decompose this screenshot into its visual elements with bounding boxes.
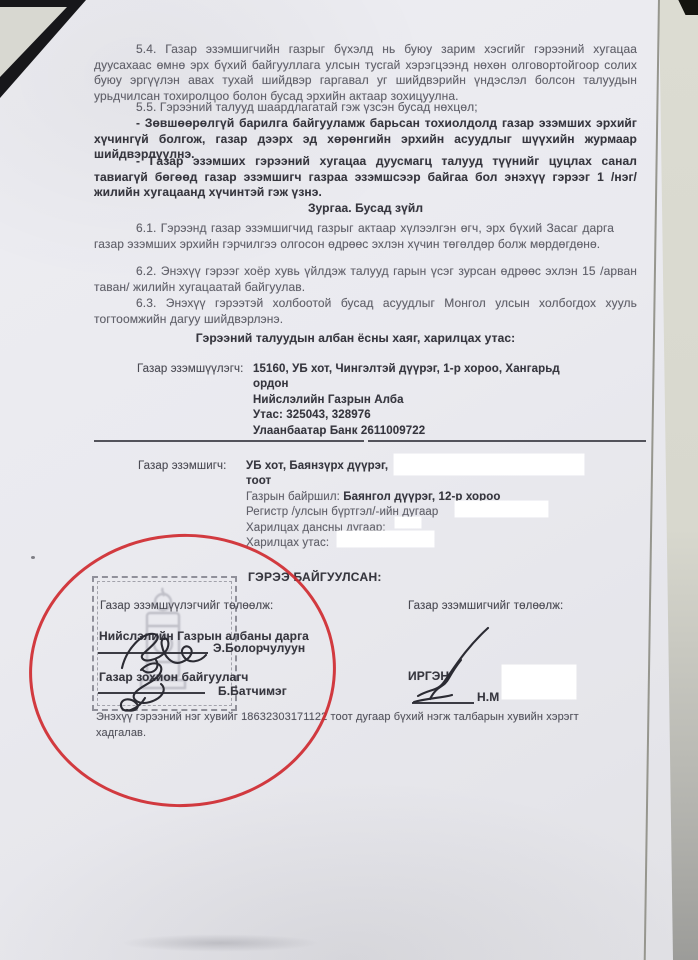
lessor-rep-name-2: Б.Батчимэг	[218, 684, 287, 700]
redaction-box	[337, 531, 434, 547]
land-location-label: Газрын байршил:	[246, 491, 340, 503]
clause-5-5: 5.5. Гэрээний талууд шаардлагатай гэж үз…	[94, 100, 637, 116]
lessor-rep-title: Газар эзэмшүүлэгчийг төлөөлж:	[100, 599, 273, 614]
lessee-label: Газар эзэмшигч:	[138, 459, 226, 474]
lessee-rep-title: Газар эзэмшигчийг төлөөлж:	[408, 599, 563, 614]
clause-6-1: 6.1. Гэрээнд газар эзэмшигчид газрыг акт…	[94, 221, 614, 252]
clause-6-2: 6.2. Энэхүү гэрээг хоёр хувь үйлдэж талу…	[94, 264, 637, 295]
lessee-address-line: тоот	[246, 474, 591, 489]
scan-smudge	[120, 934, 320, 952]
lessor-address-line: 15160, УБ хот, Чингэлтэй дүүрэг, 1-р хор…	[253, 362, 613, 377]
lessor-rep-name-1: Э.Болорчулуун	[213, 641, 305, 657]
footer-archive-note: Энэхүү гэрээний нэг хувийг 1863230317112…	[96, 710, 608, 741]
signing-heading: ГЭРЭЭ БАЙГУУЛСАН:	[248, 570, 382, 586]
redaction-box	[395, 517, 421, 528]
lessor-address: 15160, УБ хот, Чингэлтэй дүүрэг, 1-р хор…	[253, 362, 613, 439]
section-6-heading: Зургаа. Бусад зүйл	[94, 201, 637, 217]
clause-5-4: 5.4. Газар эзэмшигчийн газрыг бүхэлд нь …	[94, 42, 637, 104]
lessor-address-line: Утас: 325043, 328976	[253, 408, 613, 423]
lessor-address-line: ордон	[253, 377, 613, 392]
signature-citizen-icon	[410, 624, 498, 704]
redaction-box	[394, 454, 584, 475]
separator-line-right	[368, 440, 646, 442]
signature-batchimeg-icon	[113, 660, 201, 712]
clause-5-5-bullet-2: - Газар эзэмших гэрээний хугацаа дуусмаг…	[94, 154, 637, 201]
separator-line-left	[94, 440, 364, 442]
redaction-box	[502, 665, 576, 699]
scanned-document-page: 5.4. Газар эзэмшигчийн газрыг бүхэлд нь …	[0, 0, 698, 960]
clause-6-3: 6.3. Энэхүү гэрээтэй холбоотой бусад асу…	[94, 296, 637, 327]
lessor-address-line: Улаанбаатар Банк 2611009722	[253, 424, 613, 439]
lessor-label: Газар эзэмшүүлэгч:	[137, 362, 243, 377]
redaction-box	[455, 501, 548, 517]
contacts-heading: Гэрээний талуудын албан ёсны хаяг, харил…	[84, 331, 627, 347]
lessor-address-line: Нийслэлийн Газрын Алба	[253, 393, 613, 408]
scan-speck	[31, 556, 35, 559]
